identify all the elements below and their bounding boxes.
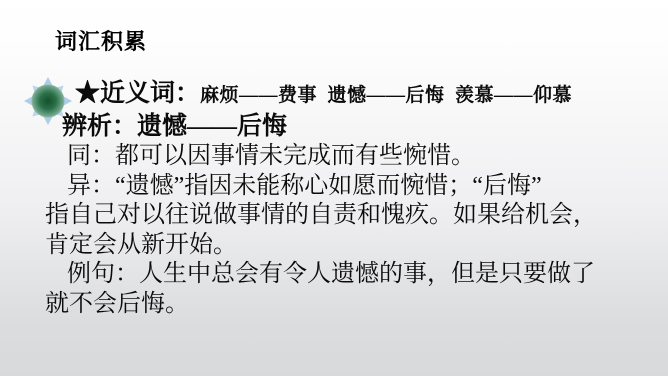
synonyms-line: ★近义词：麻烦——费事 遗憾——后悔 羡慕——仰慕 — [45, 79, 653, 112]
synonym-pairs: 麻烦——费事 遗憾——后悔 羡慕——仰慕 — [200, 85, 572, 106]
difference-line-1: 异：“遗憾”指因未能称心如愿而惋惜；“后悔” — [45, 172, 653, 202]
body-text-block: ★近义词：麻烦——费事 遗憾——后悔 羡慕——仰慕 辨析：遗憾——后悔 同：都可… — [45, 79, 653, 320]
difference-line-2: 指自己对以往说做事情的自责和愧疚。如果给机会， — [45, 201, 653, 231]
same-meaning-line: 同：都可以因事情未完成而有些惋惜。 — [45, 142, 653, 172]
slide-title: 词汇积累 — [55, 25, 147, 56]
analysis-heading: 辨析：遗憾——后悔 — [45, 112, 653, 143]
slide: 词汇积累 — [0, 0, 668, 376]
example-line-2: 就不会后悔。 — [45, 290, 653, 320]
example-line-1: 例句：人生中总会有令人遗憾的事，但是只要做了 — [45, 260, 653, 290]
synonyms-label: ★近义词： — [75, 80, 200, 107]
difference-line-3: 肯定会从新开始。 — [45, 231, 653, 261]
